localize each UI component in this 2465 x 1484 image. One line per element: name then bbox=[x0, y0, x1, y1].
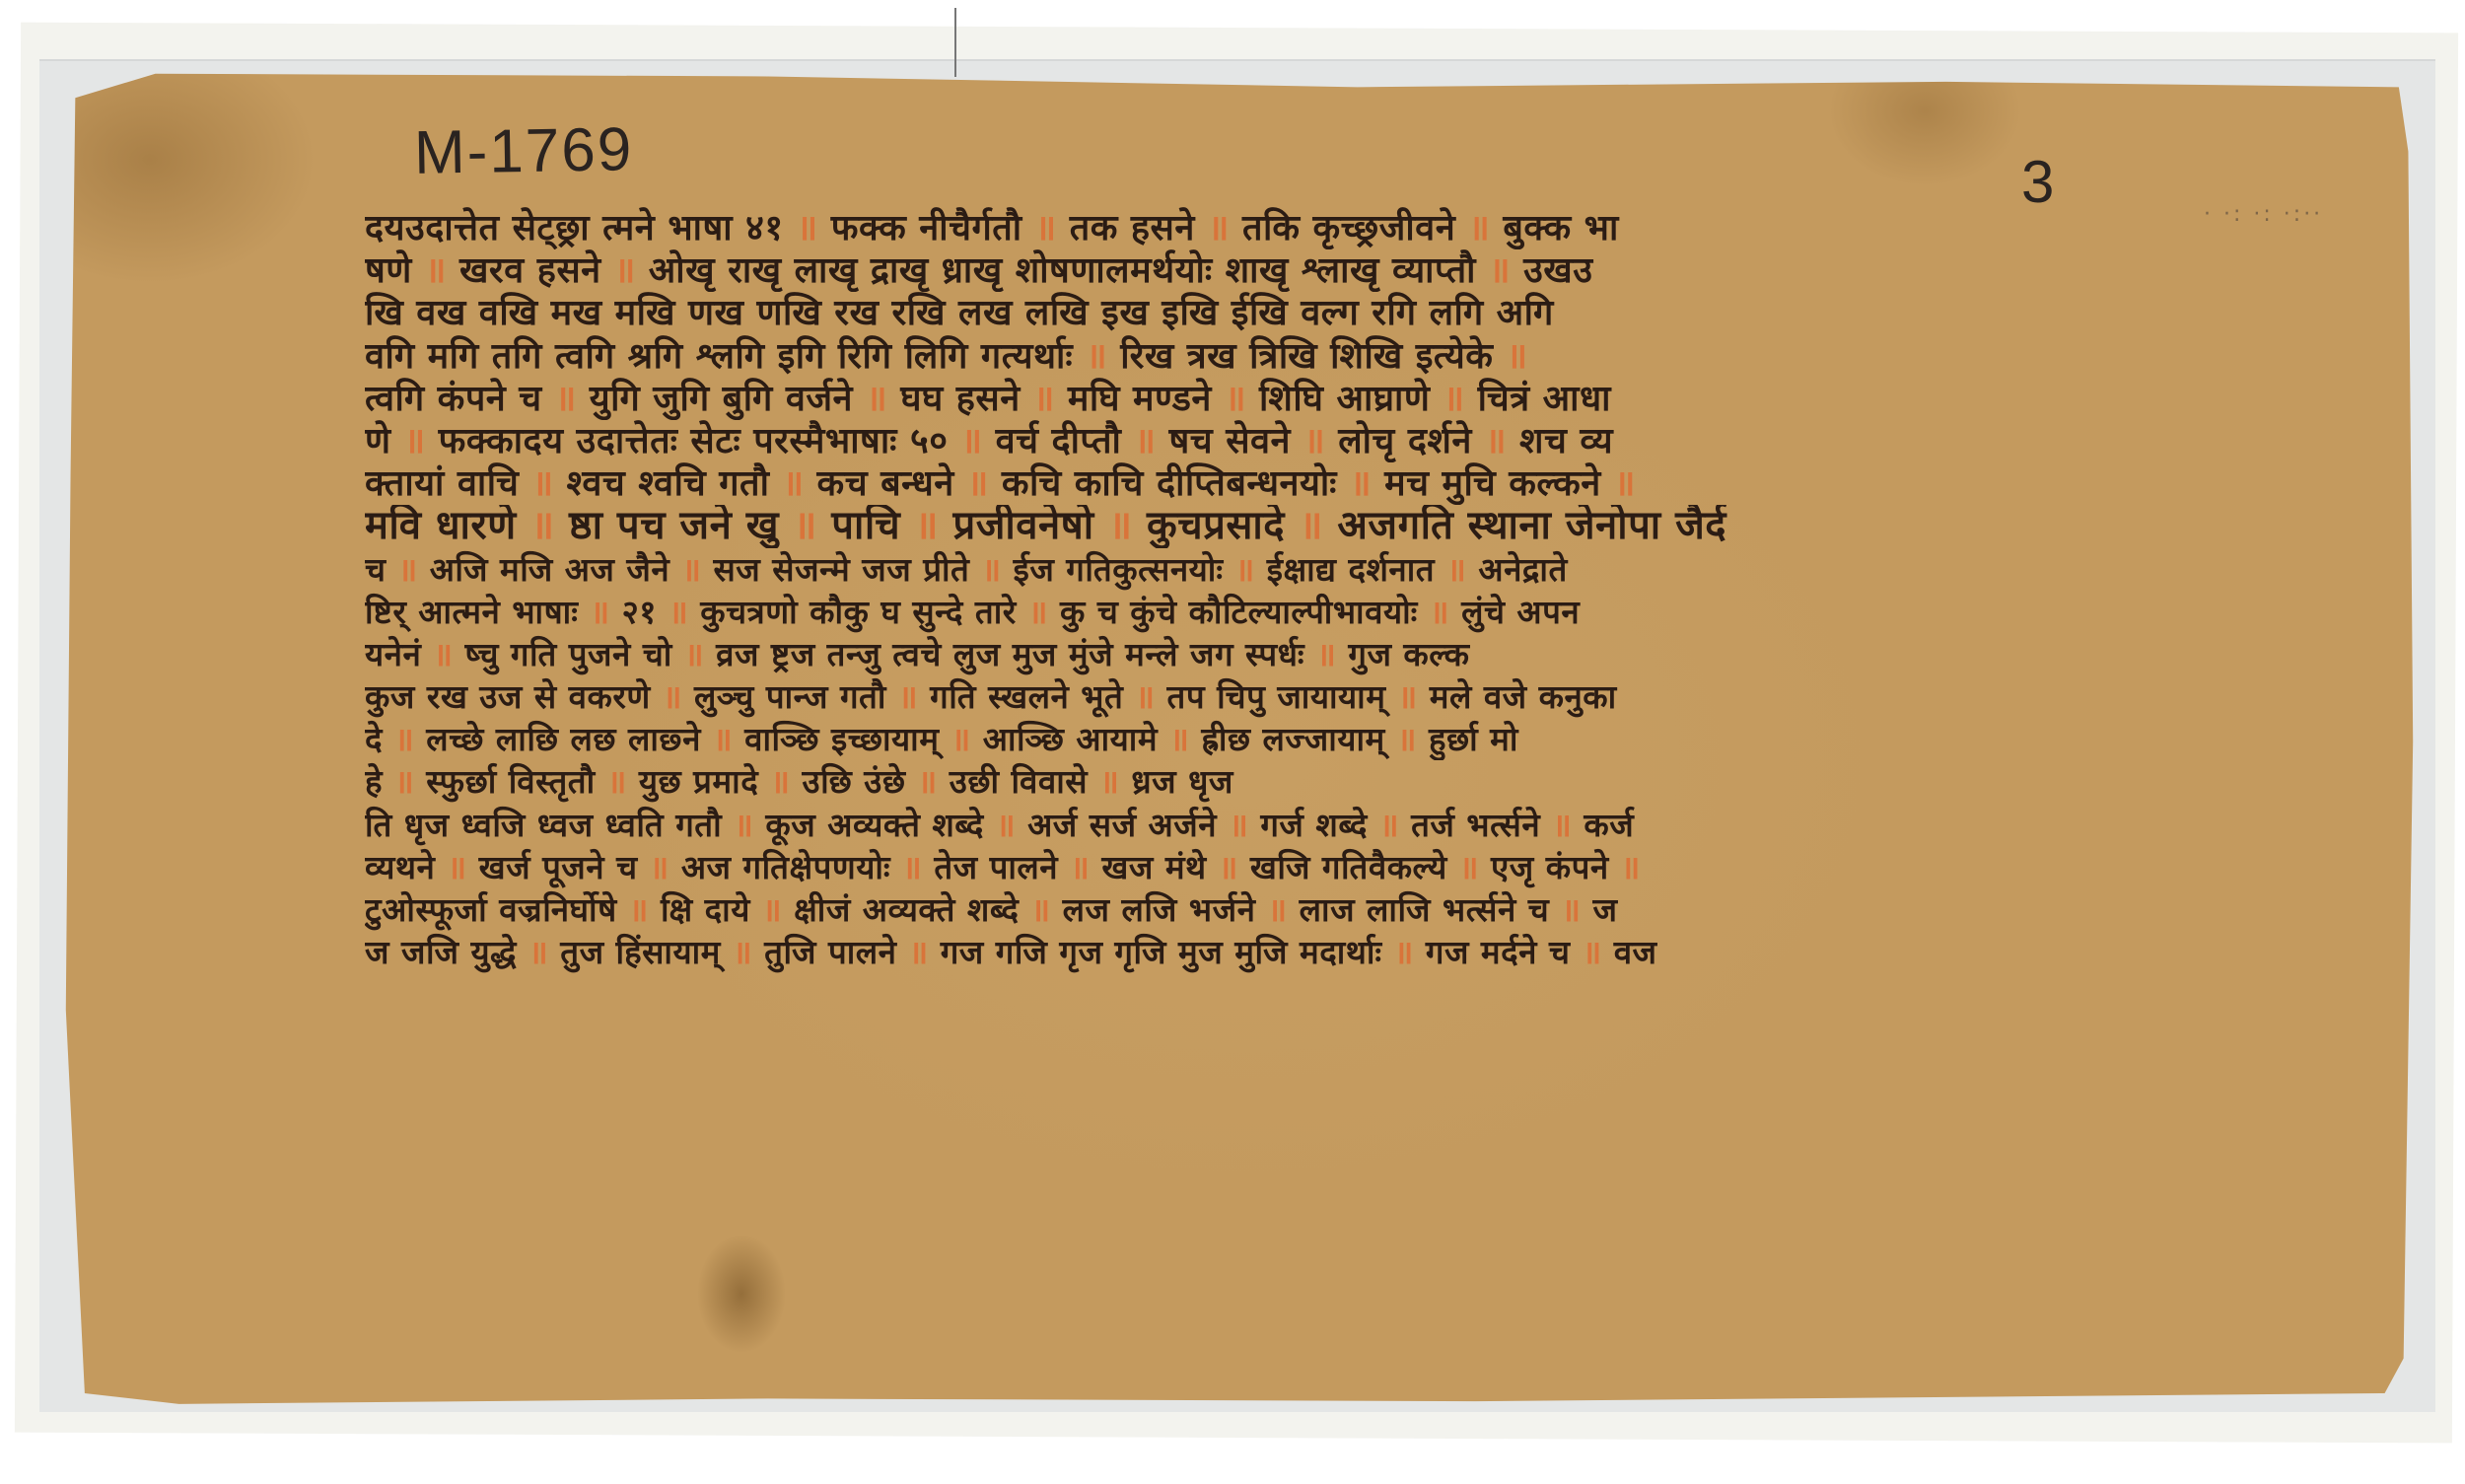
danda-separator: ॥ bbox=[650, 848, 669, 886]
danda-separator: ॥ bbox=[1394, 933, 1414, 971]
danda-separator: ॥ bbox=[1468, 208, 1490, 248]
danda-separator: ॥ bbox=[1086, 336, 1107, 377]
danda-separator: ॥ bbox=[404, 421, 426, 461]
danda-separator: ॥ bbox=[996, 806, 1016, 844]
danda-separator: ॥ bbox=[1235, 550, 1255, 589]
danda-separator: ॥ bbox=[770, 762, 790, 801]
danda-separator: ॥ bbox=[960, 421, 982, 461]
danda-separator: ॥ bbox=[590, 593, 609, 631]
danda-separator: ॥ bbox=[1108, 505, 1132, 547]
danda-separator: ॥ bbox=[1099, 762, 1119, 801]
danda-separator: ॥ bbox=[713, 720, 733, 758]
danda-separator: ॥ bbox=[425, 250, 447, 291]
danda-separator: ॥ bbox=[663, 677, 682, 716]
text-line-4: वगि मगि तगि त्वगि श्रगि श्लगि इगि रिगि ल… bbox=[365, 335, 2120, 378]
danda-separator: ॥ bbox=[793, 505, 816, 547]
danda-separator: ॥ bbox=[1299, 505, 1322, 547]
danda-separator: ॥ bbox=[607, 762, 627, 801]
text-line-6: णे ॥ फक्कादय उदात्तेतः सेटः परस्मैभाषाः … bbox=[365, 420, 2120, 462]
danda-separator: ॥ bbox=[629, 890, 649, 929]
danda-separator: ॥ bbox=[1229, 806, 1248, 844]
shelfmark-label: M-1769 bbox=[413, 114, 633, 188]
danda-separator: ॥ bbox=[782, 463, 804, 504]
danda-separator: ॥ bbox=[1459, 848, 1479, 886]
danda-separator: ॥ bbox=[1169, 720, 1189, 758]
danda-separator: ॥ bbox=[1621, 848, 1641, 886]
text-line-15: ति धृज ध्वजि ध्वज ध्वति गतौ ॥ कूज अव्यक्… bbox=[365, 804, 2120, 846]
danda-separator: ॥ bbox=[1219, 848, 1238, 886]
danda-separator: ॥ bbox=[1267, 890, 1287, 929]
danda-separator: ॥ bbox=[1489, 250, 1511, 291]
text-line-13: दे ॥ लच्छे लाछि लछ लाछ्ने ॥ वाञ्छि इच्छा… bbox=[365, 718, 2120, 760]
danda-separator: ॥ bbox=[1303, 421, 1325, 461]
danda-separator: ॥ bbox=[1134, 421, 1156, 461]
danda-separator: ॥ bbox=[1028, 593, 1048, 631]
danda-separator: ॥ bbox=[555, 379, 577, 419]
text-line-7: क्तायां वाचि ॥ श्वच श्वचि गतौ ॥ कच बन्धन… bbox=[365, 462, 2120, 505]
danda-separator: ॥ bbox=[734, 806, 753, 844]
danda-separator: ॥ bbox=[1582, 933, 1601, 971]
text-line-11: यनेनं ॥ ष्चु गति पुजने चो ॥ व्रज ष्ट्रज … bbox=[365, 633, 2120, 675]
danda-separator: ॥ bbox=[1225, 379, 1246, 419]
danda-separator: ॥ bbox=[681, 550, 701, 589]
manuscript-text-block: दयउदात्तेत सेट्छ्रा त्मने भाषा ४१ ॥ फक्क… bbox=[365, 207, 2120, 973]
text-line-2: षणे ॥ खरव हसने ॥ ओखृ राखृ लाखृ द्राखृ ध्… bbox=[365, 249, 2120, 292]
danda-separator: ॥ bbox=[1035, 208, 1057, 248]
folio-number: 3 bbox=[2021, 148, 2054, 216]
danda-separator: ॥ bbox=[733, 933, 752, 971]
danda-separator: ॥ bbox=[915, 505, 939, 547]
danda-separator: ॥ bbox=[528, 933, 548, 971]
text-line-1: दयउदात्तेत सेट्छ्रा त्मने भाषा ४१ ॥ फक्क… bbox=[365, 207, 2120, 249]
text-line-18: ज जजि युद्धे ॥ तुज हिंसायाम् ॥ तुजि पालन… bbox=[365, 931, 2120, 973]
text-line-8: मवि धारणे ॥ ष्ठा पच जने खु ॥ पाचि ॥ प्रज… bbox=[365, 505, 2120, 547]
text-line-17: टुओस्फूर्जा वज्रनिर्घोषे ॥ क्षि दाये ॥ क… bbox=[365, 888, 2120, 931]
danda-separator: ॥ bbox=[981, 550, 1001, 589]
text-line-14: हे ॥ स्फुर्छा विस्तृतौ ॥ युछ प्रमादे ॥ उ… bbox=[365, 760, 2120, 803]
text-line-10: ष्टिर् आत्मने भाषाः ॥ २१ ॥ कुचत्रणो कौकु… bbox=[365, 591, 2120, 633]
text-line-12: कुज रख उज से वकरणे ॥ लुञ्चु पान्ज गतौ ॥ … bbox=[365, 675, 2120, 718]
danda-separator: ॥ bbox=[902, 848, 922, 886]
danda-separator: ॥ bbox=[397, 550, 417, 589]
danda-separator: ॥ bbox=[1430, 593, 1449, 631]
danda-separator: ॥ bbox=[684, 635, 704, 673]
text-line-9: च ॥ अजि मजि अज जैने ॥ सज सेजन्मे जज प्री… bbox=[365, 548, 2120, 591]
danda-separator: ॥ bbox=[762, 890, 782, 929]
danda-separator: ॥ bbox=[967, 463, 989, 504]
danda-separator: ॥ bbox=[530, 505, 554, 547]
danda-separator: ॥ bbox=[669, 593, 688, 631]
danda-separator: ॥ bbox=[917, 762, 937, 801]
danda-separator: ॥ bbox=[1552, 806, 1572, 844]
danda-separator: ॥ bbox=[1350, 463, 1372, 504]
danda-separator: ॥ bbox=[394, 720, 414, 758]
mount-seam bbox=[954, 8, 956, 77]
danda-separator: ॥ bbox=[1208, 208, 1230, 248]
danda-separator: ॥ bbox=[1561, 890, 1581, 929]
danda-separator: ॥ bbox=[394, 762, 414, 801]
danda-separator: ॥ bbox=[1443, 379, 1464, 419]
danda-separator: ॥ bbox=[1397, 677, 1417, 716]
faded-marginal-note: · ·: ·: ·:·· bbox=[2204, 202, 2323, 227]
danda-separator: ॥ bbox=[908, 933, 928, 971]
danda-separator: ॥ bbox=[1614, 463, 1636, 504]
danda-separator: ॥ bbox=[1506, 336, 1527, 377]
danda-separator: ॥ bbox=[1135, 677, 1155, 716]
danda-separator: ॥ bbox=[797, 208, 818, 248]
danda-separator: ॥ bbox=[866, 379, 887, 419]
danda-separator: ॥ bbox=[1070, 848, 1090, 886]
danda-separator: ॥ bbox=[433, 635, 453, 673]
text-line-3: खि वख वखि मख मखि णख णखि रख रखि लख लखि इख… bbox=[365, 292, 2120, 334]
text-line-5: त्वगि कंपने च ॥ युगि जुगि बुगि वर्जने ॥ … bbox=[365, 378, 2120, 420]
danda-separator: ॥ bbox=[898, 677, 918, 716]
danda-separator: ॥ bbox=[1033, 379, 1055, 419]
danda-separator: ॥ bbox=[1397, 720, 1417, 758]
text-line-16: व्यथने ॥ खर्ज पूजने च ॥ अज गतिक्षेपणयोः … bbox=[365, 846, 2120, 888]
danda-separator: ॥ bbox=[614, 250, 636, 291]
danda-separator: ॥ bbox=[951, 720, 970, 758]
danda-separator: ॥ bbox=[1446, 550, 1466, 589]
danda-separator: ॥ bbox=[1316, 635, 1336, 673]
danda-separator: ॥ bbox=[447, 848, 466, 886]
danda-separator: ॥ bbox=[1379, 806, 1399, 844]
danda-separator: ॥ bbox=[531, 463, 553, 504]
danda-separator: ॥ bbox=[1030, 890, 1050, 929]
danda-separator: ॥ bbox=[1485, 421, 1507, 461]
